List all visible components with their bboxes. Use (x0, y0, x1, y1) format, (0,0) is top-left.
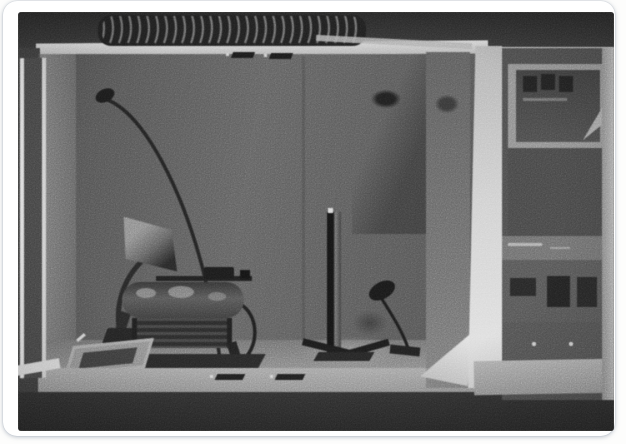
photo (18, 12, 614, 431)
photo-frame (3, 1, 615, 436)
scanned-photo-page (0, 0, 626, 444)
film-grain-fine (18, 12, 614, 431)
